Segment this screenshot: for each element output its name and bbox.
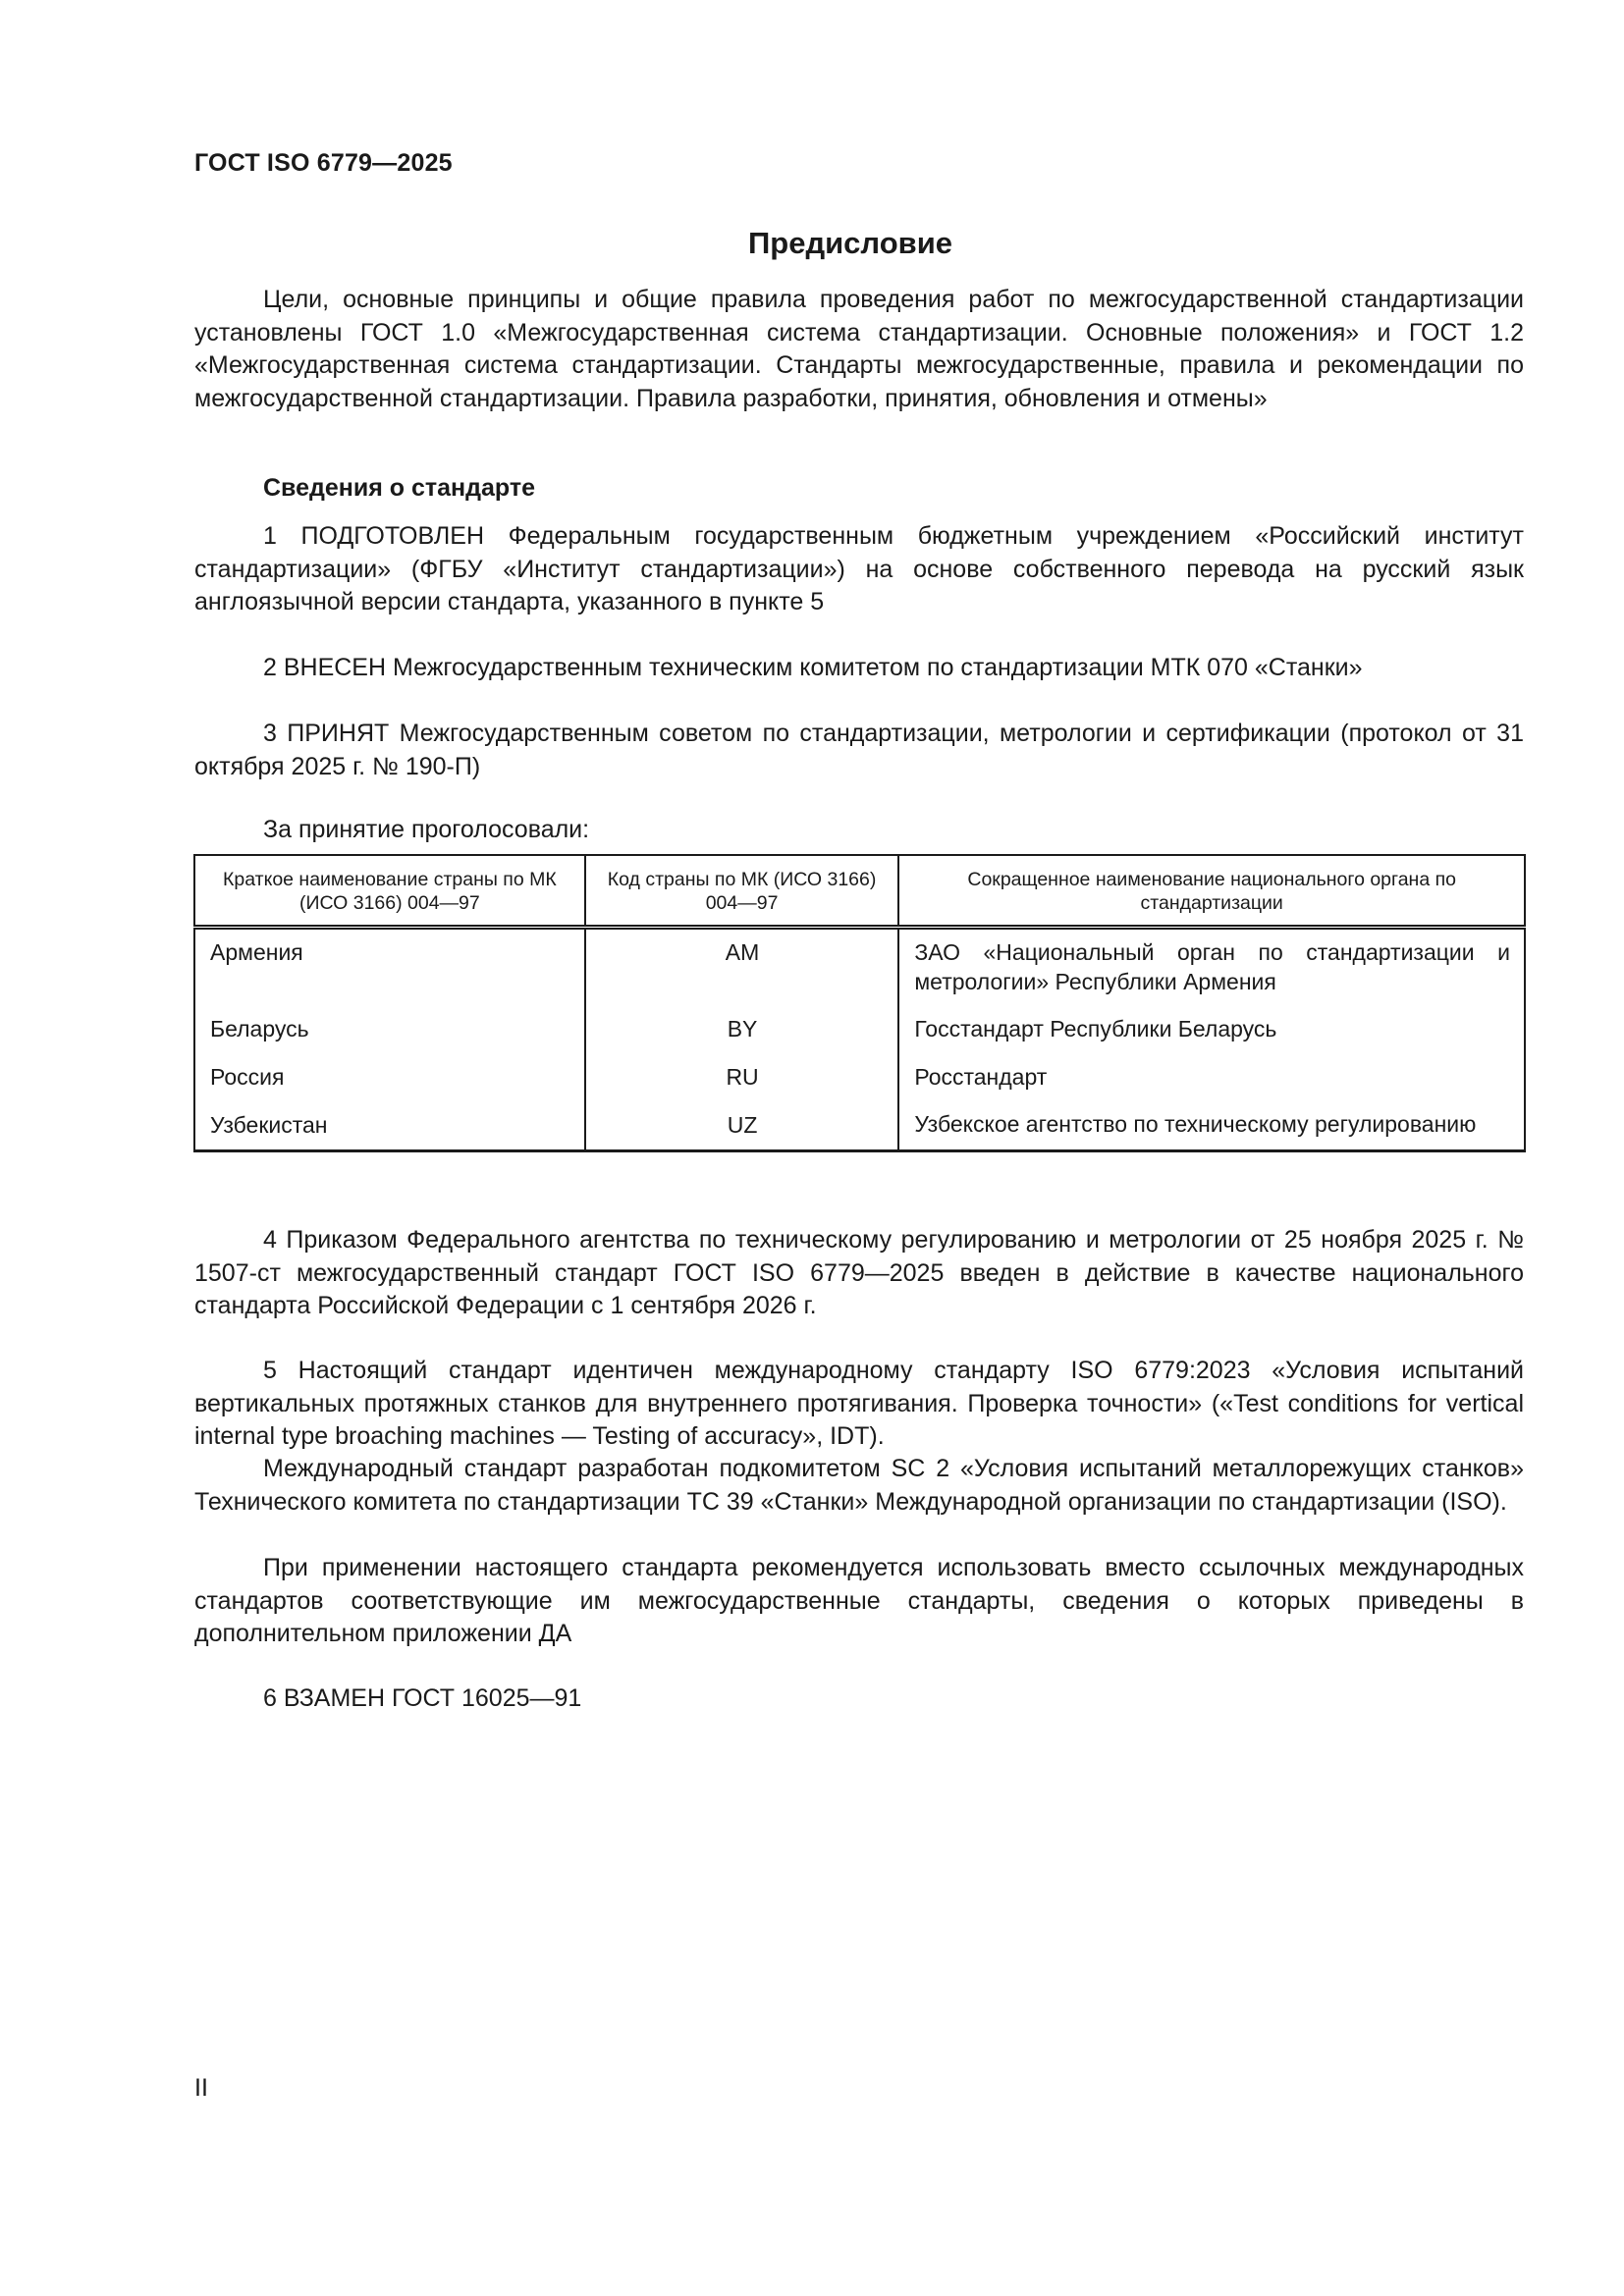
item-5-committee-paragraph: Международный стандарт разработан подком…: [194, 1453, 1524, 1519]
body-cell: ЗАО «Национальный орган по стандартизаци…: [898, 928, 1525, 997]
document-code-header: ГОСТ ISO 6779—2025: [194, 149, 453, 178]
page-title: Предисловие: [0, 226, 1624, 261]
item-5-references-paragraph: При применении настоящего стандарта реко…: [194, 1552, 1524, 1651]
item-5-paragraph: 5 Настоящий стандарт идентичен междунаро…: [194, 1355, 1524, 1454]
page-number: II: [194, 2074, 208, 2103]
section-heading: Сведения о стандарте: [263, 474, 535, 503]
table-row: Россия RU Росстандарт: [194, 1043, 1525, 1092]
code-cell: BY: [585, 996, 899, 1043]
column-header-country: Краткое наименование страны по МК (ИСО 3…: [194, 855, 585, 928]
intro-paragraph: Цели, основные принципы и общие правила …: [194, 284, 1524, 415]
column-header-body: Сокращенное наименование национального о…: [898, 855, 1525, 928]
code-cell: UZ: [585, 1092, 899, 1151]
table-row: Узбекистан UZ Узбекское агентство по тех…: [194, 1092, 1525, 1151]
item-2-paragraph: 2 ВНЕСЕН Межгосударственным техническим …: [194, 652, 1524, 685]
country-cell: Беларусь: [194, 996, 585, 1043]
table-row: Беларусь BY Госстандарт Республики Белар…: [194, 996, 1525, 1043]
body-cell: Росстандарт: [898, 1043, 1525, 1092]
item-1-paragraph: 1 ПОДГОТОВЛЕН Федеральным государственны…: [194, 520, 1524, 619]
body-cell: Госстандарт Республики Беларусь: [898, 996, 1525, 1043]
vote-label: За принятие проголосовали:: [263, 816, 589, 844]
item-3-paragraph: 3 ПРИНЯТ Межгосударственным советом по с…: [194, 718, 1524, 783]
code-cell: AM: [585, 928, 899, 997]
table-row: Армения AM ЗАО «Национальный орган по ст…: [194, 928, 1525, 997]
table-header-row: Краткое наименование страны по МК (ИСО 3…: [194, 855, 1525, 928]
country-cell: Армения: [194, 928, 585, 997]
item-6-paragraph: 6 ВЗАМЕН ГОСТ 16025—91: [194, 1682, 1524, 1716]
column-header-code: Код страны по МК (ИСО 3166) 004—97: [585, 855, 899, 928]
code-cell: RU: [585, 1043, 899, 1092]
country-cell: Узбекистан: [194, 1092, 585, 1151]
voting-countries-table: Краткое наименование страны по МК (ИСО 3…: [193, 854, 1526, 1152]
body-cell: Узбекское агентство по техническому регу…: [898, 1092, 1525, 1151]
country-cell: Россия: [194, 1043, 585, 1092]
item-4-paragraph: 4 Приказом Федерального агентства по тех…: [194, 1224, 1524, 1323]
